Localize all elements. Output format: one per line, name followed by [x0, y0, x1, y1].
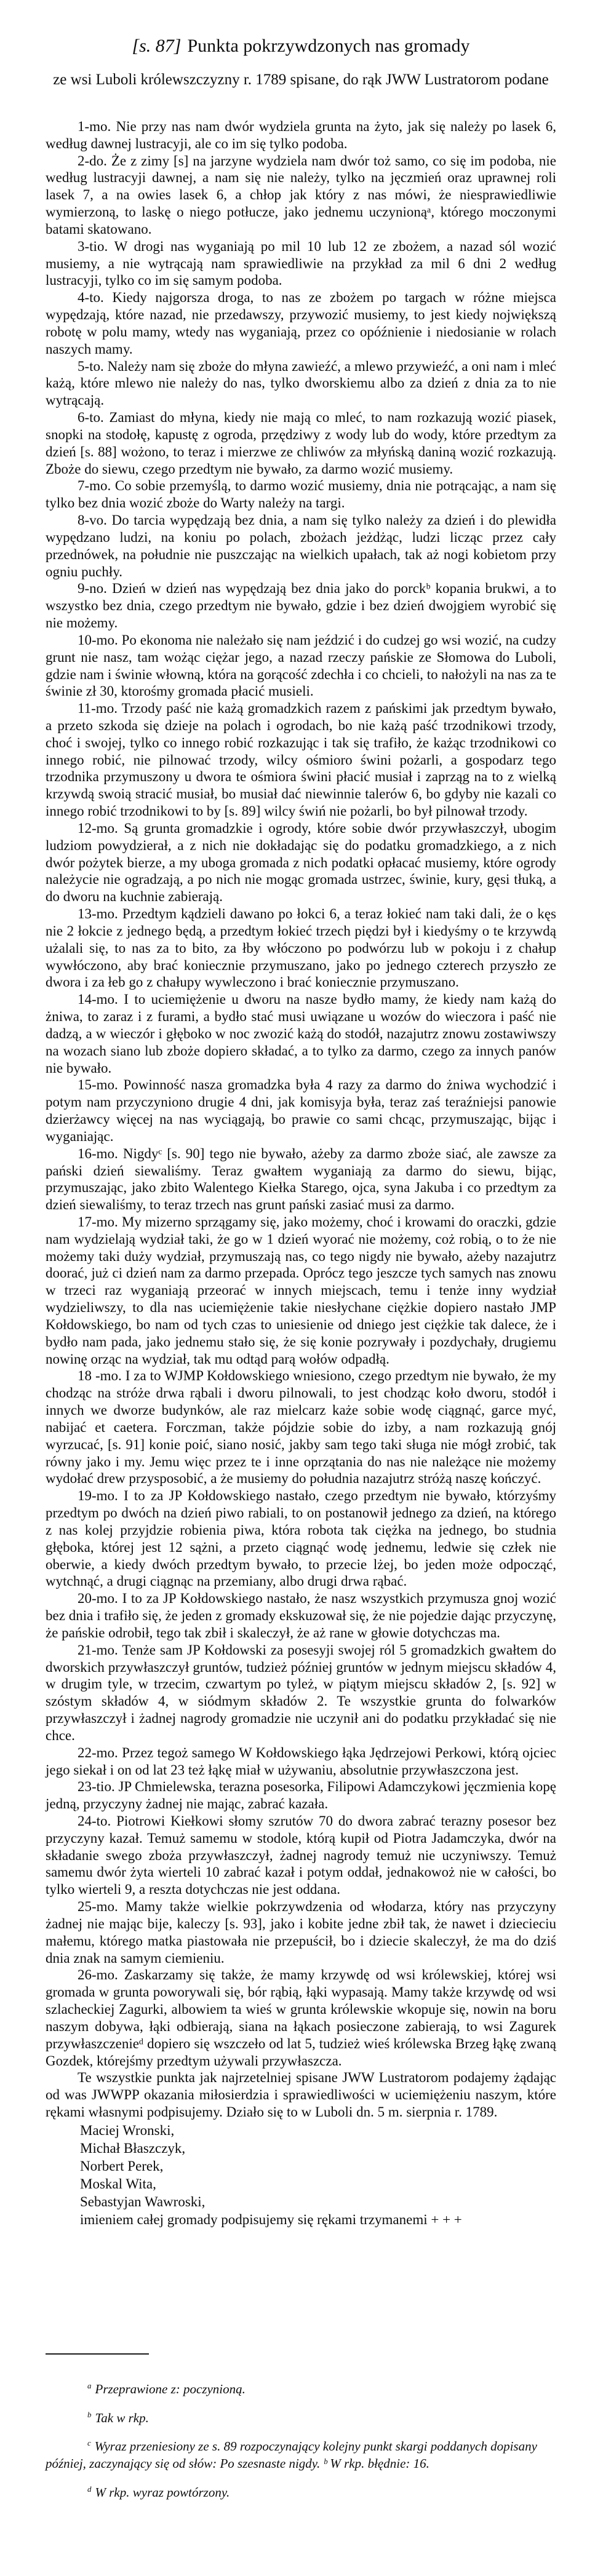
point-label: 22-mo. — [78, 1745, 118, 1760]
point-text: JP Chmielewska, terazna posesorka, Filip… — [46, 1779, 556, 1811]
point-label: 6-to. — [78, 410, 104, 425]
point-text: Należy nam się zboże do młyna zawieźć, a… — [46, 359, 556, 408]
signature-item: Moskal Wita, — [80, 2176, 556, 2193]
grievance-point: 14-mo. I to uciemiężenie u dworu na nasz… — [46, 991, 556, 1076]
signature-list: Maciej Wronski, Michał Błaszczyk, Norber… — [46, 2122, 556, 2211]
point-text: Kiedy najgorsza droga, to nas ze zbożem … — [46, 290, 556, 356]
point-text: Dzień w dzień nas wypędzają bez dnia jak… — [46, 581, 556, 630]
footnote-marker: c — [87, 2438, 91, 2447]
point-text: I za to WJMP Kołdowskiego wniesiono, cze… — [46, 1368, 556, 1486]
point-text: Nigdyᶜ [s. 90] tego nie bywało, ażeby za… — [46, 1146, 556, 1212]
point-text: I to za JP Kołdowskiego nastało, czego p… — [46, 1488, 556, 1589]
point-text: Przedtym kądzieli dawano po łokci 6, a t… — [46, 906, 556, 990]
grievance-point: 5-to. Należy nam się zboże do młyna zawi… — [46, 358, 556, 409]
grievance-point: 3-tio. W drogi nas wyganiają po mil 10 l… — [46, 238, 556, 289]
point-label: 3-tio. — [78, 239, 108, 254]
point-text: Co sobie przemyślą, to darmo wozić musie… — [46, 478, 556, 511]
grievance-point: 15-mo. Powinność nasza gromadzka była 4 … — [46, 1076, 556, 1145]
point-text: Są grunta gromadzkie i ogrody, które sob… — [46, 821, 556, 904]
point-label: 16-mo. — [78, 1146, 118, 1161]
grievance-point: 13-mo. Przedtym kądzieli dawano po łokci… — [46, 905, 556, 991]
point-label: 4-to. — [78, 290, 104, 305]
point-label: 19-mo. — [78, 1488, 118, 1503]
grievance-point: 26-mo. Zaskarzamy się także, że mamy krz… — [46, 1966, 556, 2069]
point-text: Że z zimy [s] na jarzyne wydziela nam dw… — [46, 153, 556, 237]
point-label: 25-mo. — [78, 1899, 118, 1914]
point-label: 24-to. — [78, 1813, 111, 1829]
page-subtitle: ze wsi Luboli królewszczyzny r. 1789 spi… — [46, 71, 556, 89]
point-label: 18 -mo. — [78, 1368, 122, 1383]
point-text: Zaskarzamy się także, że mamy krzywdę od… — [46, 1967, 556, 2068]
grievance-point: 21-mo. Tenże sam JP Kołdowski za posesyj… — [46, 1642, 556, 1744]
point-text: W drogi nas wyganiają po mil 10 lub 12 z… — [46, 239, 556, 288]
grievance-list: 1-mo. Nie przy nas nam dwór wydziela gru… — [46, 118, 556, 2069]
point-label: 17-mo. — [78, 1214, 118, 1230]
point-text: Przez tegoż samego W Kołdowskiego łąka J… — [46, 1745, 556, 1778]
point-text: Piotrowi Kiełkowi słomy szrutów 70 do dw… — [46, 1813, 556, 1897]
grievance-point: 4-to. Kiedy najgorsza droga, to nas ze z… — [46, 289, 556, 357]
footnote-item: aPrzeprawione z: poczynioną. — [46, 2380, 556, 2398]
footnotes-section: aPrzeprawione z: poczynioną. bTak w rkp.… — [46, 2353, 556, 2543]
grievance-point: 1-mo. Nie przy nas nam dwór wydziela gru… — [46, 118, 556, 153]
point-label: 10-mo. — [78, 632, 118, 648]
point-label: 14-mo. — [78, 992, 118, 1007]
point-label: 7-mo. — [78, 478, 111, 493]
grievance-point: 9-no. Dzień w dzień nas wypędzają bez dn… — [46, 580, 556, 631]
grievance-point: 17-mo. My mizerno sprzągamy się, jako mo… — [46, 1214, 556, 1367]
signature-item: Sebastyjan Wawroski, — [80, 2193, 556, 2211]
grievance-point: 7-mo. Co sobie przemyślą, to darmo wozić… — [46, 477, 556, 512]
grievance-point: 11-mo. Trzody paść nie każą gromadzkich … — [46, 700, 556, 820]
point-text: Do tarcia wypędzają bez dnia, a nam się … — [46, 512, 556, 579]
grievance-point: 16-mo. Nigdyᶜ [s. 90] tego nie bywało, a… — [46, 1145, 556, 1214]
point-label: 26-mo. — [78, 1967, 118, 1982]
grievance-point: 6-to. Zamiast do młyna, kiedy nie mają c… — [46, 409, 556, 477]
point-text: I to uciemiężenie u dworu na nasze bydło… — [46, 992, 556, 1075]
footnote-marker: b — [87, 2410, 92, 2419]
grievance-point: 12-mo. Są grunta gromadzkie i ogrody, kt… — [46, 820, 556, 905]
signature-item: Michał Błaszczyk, — [80, 2140, 556, 2158]
footnote-list: aPrzeprawione z: poczynioną. bTak w rkp.… — [46, 2380, 556, 2501]
footnote-item: cWyraz przeniesiony ze s. 89 rozpoczynaj… — [46, 2438, 556, 2473]
signature-closing: imieniem całej gromady podpisujemy się r… — [80, 2211, 556, 2229]
point-label: 11-mo. — [78, 701, 118, 716]
grievance-point: 20-mo. I to za JP Kołdowskiego nastało, … — [46, 1590, 556, 1641]
page-title: [s. 87]Punkta pokrzywdzonych nas gromady — [46, 36, 556, 57]
footnote-text: Przeprawione z: poczynioną. — [95, 2382, 246, 2396]
grievance-point: 25-mo. Mamy także wielkie pokrzywdzenia … — [46, 1898, 556, 1966]
point-label: 1-mo. — [78, 119, 111, 134]
footnote-text: Wyraz przeniesiony ze s. 89 rozpoczynają… — [46, 2439, 537, 2471]
point-label: 20-mo. — [78, 1591, 118, 1606]
point-label: 15-mo. — [78, 1077, 118, 1092]
signature-item: Norbert Perek, — [80, 2158, 556, 2176]
footnote-marker: a — [87, 2381, 92, 2390]
document-page: [s. 87]Punkta pokrzywdzonych nas gromady… — [0, 0, 603, 2576]
point-text: Mamy także wielkie pokrzywdzenia od włod… — [46, 1899, 556, 1965]
point-text: Trzody paść nie każą gromadzkich razem z… — [46, 701, 556, 819]
page-title-text: Punkta pokrzywdzonych nas gromady — [187, 36, 469, 56]
point-text: My mizerno sprzągamy się, jako możemy, c… — [46, 1214, 556, 1367]
point-label: 9-no. — [78, 581, 107, 596]
point-text: Tenże sam JP Kołdowski za posesyji swoje… — [46, 1642, 556, 1743]
grievance-point: 8-vo. Do tarcia wypędzają bez dnia, a na… — [46, 512, 556, 580]
grievance-point: 18 -mo. I za to WJMP Kołdowskiego wniesi… — [46, 1367, 556, 1487]
footnote-marker: d — [87, 2484, 92, 2494]
grievance-point: 19-mo. I to za JP Kołdowskiego nastało, … — [46, 1487, 556, 1590]
point-label: 2-do. — [78, 153, 107, 169]
footnote-text: W rkp. wyraz powtórzony. — [95, 2485, 230, 2500]
footnote-text: Tak w rkp. — [95, 2411, 149, 2425]
grievance-point: 23-tio. JP Chmielewska, terazna posesork… — [46, 1778, 556, 1813]
closing-paragraph: Te wszystkie punkta jak najrzetelniej sp… — [46, 2069, 556, 2120]
footnote-separator — [46, 2353, 149, 2355]
point-label: 5-to. — [78, 359, 104, 374]
point-label: 12-mo. — [78, 821, 118, 836]
footnote-item: bTak w rkp. — [46, 2409, 556, 2427]
point-text: Zamiast do młyna, kiedy nie mają co mleć… — [46, 410, 556, 476]
grievance-point: 2-do. Że z zimy [s] na jarzyne wydziela … — [46, 153, 556, 238]
grievance-point: 24-to. Piotrowi Kiełkowi słomy szrutów 7… — [46, 1813, 556, 1898]
signature-item: Maciej Wronski, — [80, 2122, 556, 2140]
point-text: I to za JP Kołdowskiego nastało, że nasz… — [46, 1591, 556, 1640]
point-label: 21-mo. — [78, 1642, 118, 1658]
point-text: Po ekonoma nie należało się nam jeździć … — [46, 632, 556, 699]
point-label: 8-vo. — [78, 512, 107, 528]
footnote-item: dW rkp. wyraz powtórzony. — [46, 2484, 556, 2501]
grievance-point: 10-mo. Po ekonoma nie należało się nam j… — [46, 632, 556, 700]
grievance-point: 22-mo. Przez tegoż samego W Kołdowskiego… — [46, 1744, 556, 1779]
point-label: 13-mo. — [78, 906, 118, 921]
page-marker: [s. 87] — [132, 36, 181, 56]
point-label: 23-tio. — [78, 1779, 115, 1794]
point-text: Nie przy nas nam dwór wydziela grunta na… — [46, 119, 556, 151]
point-text: Powinność nasza gromadzka była 4 razy za… — [46, 1077, 556, 1143]
